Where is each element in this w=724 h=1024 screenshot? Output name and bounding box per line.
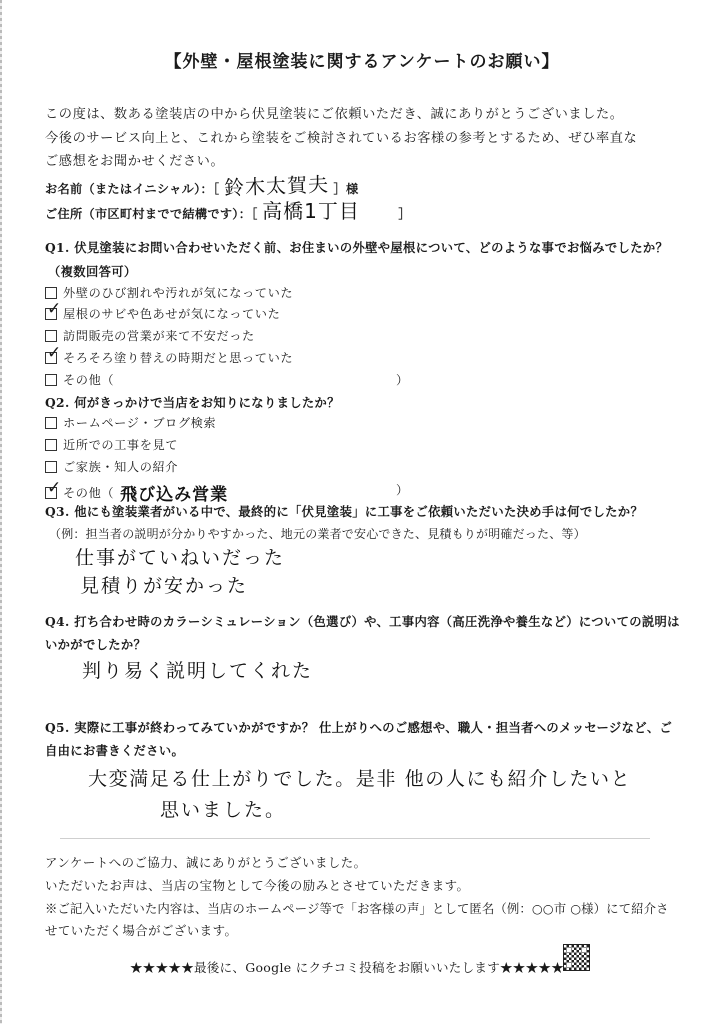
address-label: ご住所（市区町村までで結構です）：［ (45, 207, 258, 221)
checkbox-checked[interactable]: ✓ (45, 352, 57, 364)
checkbox[interactable] (45, 330, 57, 342)
address-value: 高橋1丁目 (262, 195, 360, 224)
q1-option-other[interactable]: その他（ (45, 371, 114, 388)
q1-option-4[interactable]: ✓ そろそろ塗り替えの時期だと思っていた (45, 349, 293, 366)
option-label: 近所での工事を見て (63, 436, 178, 453)
q1-question: Q1. 伏見塗装にお問い合わせいただく前、お住まいの外壁や屋根について、どのよう… (45, 238, 668, 256)
checkbox[interactable] (45, 417, 57, 429)
checkbox[interactable] (45, 374, 57, 386)
scan-edge (0, 0, 2, 1024)
q5-question-line-1: Q5. 実際に工事が終わってみていかがですか？ 仕上がりへのご感想や、職人・担当… (45, 718, 672, 736)
intro-line-2: 今後のサービス向上と、これから塗装をご検討されているお客様の参考とするため、ぜひ… (45, 127, 637, 146)
footer-line-3: ※ご記入いただいた内容は、当店のホームページ等で「お客様の声」として匿名（例：○… (45, 899, 669, 917)
q1-option-3[interactable]: 訪問販売の営業が来て不安だった (45, 327, 255, 344)
checkbox[interactable] (45, 461, 57, 473)
q2-option-2[interactable]: 近所での工事を見て (45, 436, 178, 453)
q1-option-1[interactable]: 外壁のひび割れや汚れが気になっていた (45, 284, 293, 301)
address-suffix: ］ (398, 207, 411, 221)
checkbox[interactable] (45, 439, 57, 451)
address-field[interactable]: ご住所（市区町村までで結構です）：［ 高橋1丁目 ］ (45, 195, 411, 224)
option-label: そろそろ塗り替えの時期だと思っていた (63, 349, 293, 366)
option-label: 屋根のサビや色あせが気になっていた (63, 305, 280, 322)
q3-answer-line-1: 仕事がていねいだった (75, 543, 285, 570)
option-label: その他（ (63, 484, 114, 501)
q1-option-2[interactable]: ✓ 屋根のサビや色あせが気になっていた (45, 305, 280, 322)
q1-other-close: ） (396, 371, 409, 388)
q4-question-line-1: Q4. 打ち合わせ時のカラーシミュレーション（色選び）や、工事内容（高圧洗浄や養… (45, 612, 680, 630)
option-label: その他（ (63, 371, 114, 388)
q5-question-line-2: 自由にお書きください。 (45, 741, 184, 759)
intro-line-1: この度は、数ある塗装店の中から伏見塗装にご依頼いただき、誠にありがとうございまし… (45, 103, 624, 122)
q5-answer-line-2: 思いました。 (160, 795, 286, 822)
name-suffix: ］様 (333, 182, 358, 196)
checkmark-icon: ✓ (47, 480, 62, 497)
q2-option-3[interactable]: ご家族・知人の紹介 (45, 458, 178, 475)
option-label: ホームページ・ブログ検索 (63, 414, 216, 431)
q2-option-1[interactable]: ホームページ・ブログ検索 (45, 414, 216, 431)
google-review-request: ★★★★★最後に、Google にクチコミ投稿をお願いいたします★★★★★ (130, 958, 564, 976)
q3-answer-line-2: 見積りが安かった (80, 571, 248, 598)
qr-code-icon[interactable] (563, 944, 590, 971)
checkbox-checked[interactable]: ✓ (45, 308, 57, 320)
checkmark-icon: ✓ (47, 345, 62, 362)
q4-answer: 判り易く説明してくれた (82, 656, 313, 683)
footer-line-2: いただいたお声は、当店の宝物として今後の励みとさせていただきます。 (45, 876, 469, 894)
checkmark-icon: ✓ (47, 301, 62, 318)
footer-line-1: アンケートへのご協力、誠にありがとうございました。 (45, 853, 367, 871)
name-label: お名前（またはイニシャル）：［ (45, 182, 219, 196)
footer-line-4: せていただく場合がございます。 (45, 921, 237, 939)
divider (60, 838, 650, 839)
checkbox-checked[interactable]: ✓ (45, 487, 57, 499)
q2-question: Q2. 何がきっかけで当店をお知りになりましたか？ (45, 393, 340, 411)
option-label: ご家族・知人の紹介 (63, 458, 178, 475)
q4-question-line-2: いかがでしたか？ (45, 635, 146, 653)
checkbox[interactable] (45, 287, 57, 299)
page-title: 【外壁・屋根塗装に関するアンケートのお願い】 (0, 47, 724, 72)
option-label: 訪問販売の営業が来て不安だった (63, 327, 255, 344)
intro-line-3: ご感想をお聞かせください。 (45, 150, 224, 169)
q5-answer-line-1: 大変満足る仕上がりでした。是非 他の人にも紹介したいと (88, 764, 631, 791)
q3-question: Q3. 他にも塗装業者がいる中で、最終的に「伏見塗装」に工事をご依頼いただいた決… (45, 502, 643, 520)
q3-example: （例：担当者の説明が分かりやすかった、地元の業者で安心できた、見積もりが明確だっ… (49, 525, 586, 542)
q2-other-close: ） (396, 481, 409, 498)
option-label: 外壁のひび割れや汚れが気になっていた (63, 284, 293, 301)
q1-note: （複数回答可） (48, 262, 137, 280)
